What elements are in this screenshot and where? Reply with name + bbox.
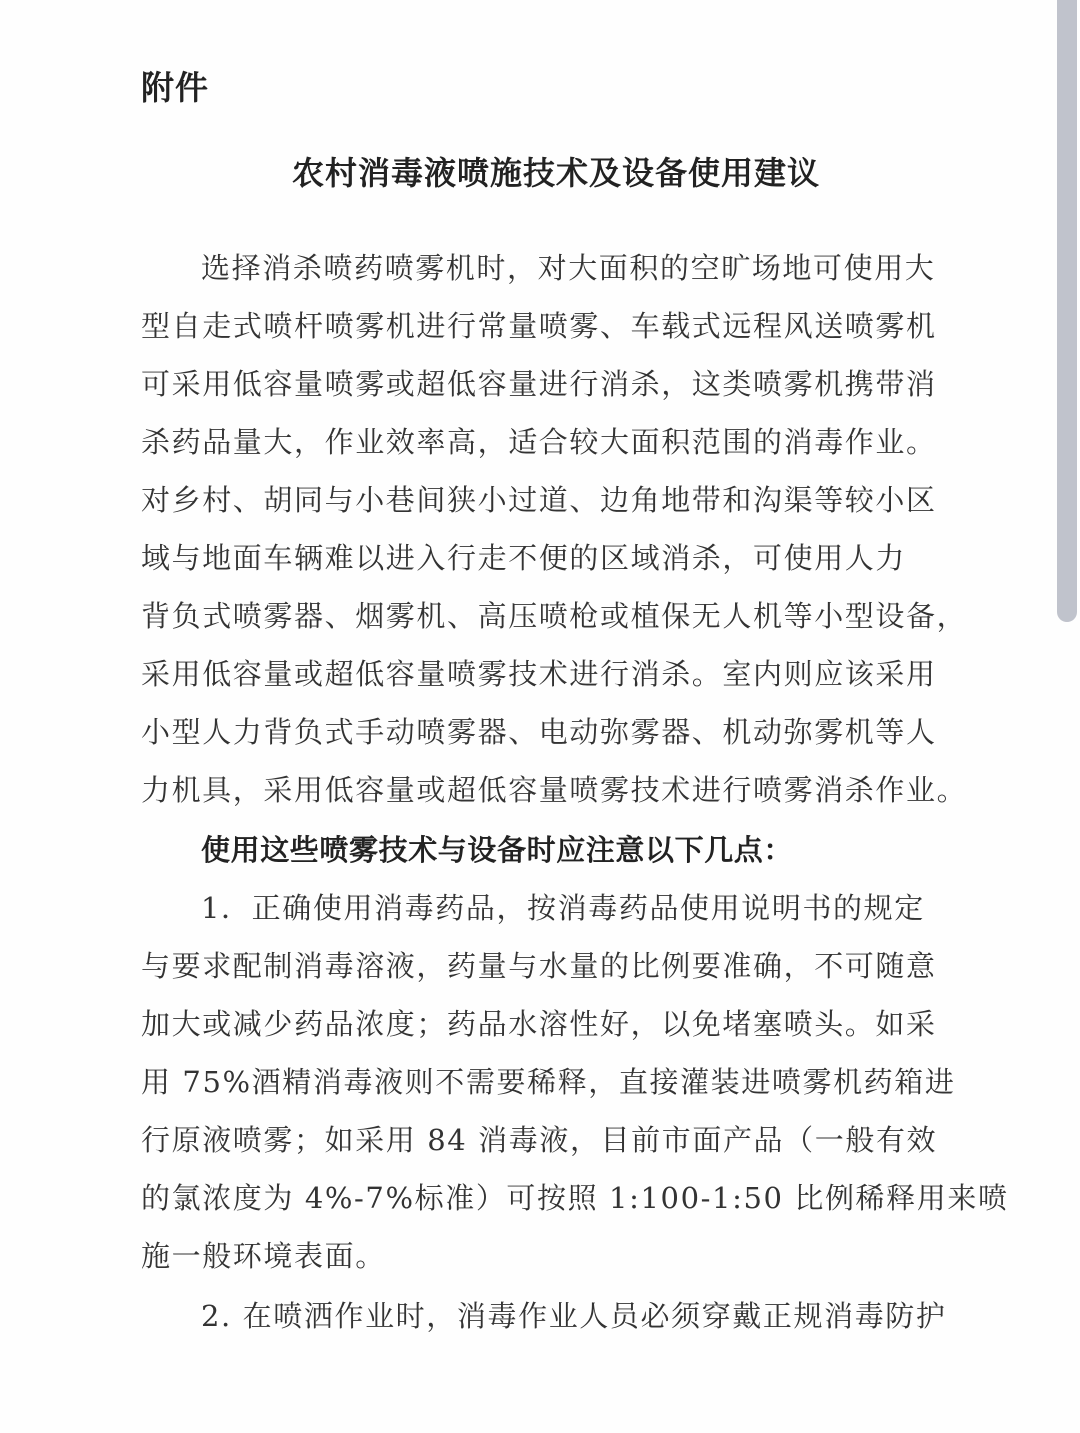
paragraph-line: 1．正确使用消毒药品，按消毒药品使用说明书的规定	[201, 888, 981, 928]
paragraph-line: 2. 在喷洒作业时，消毒作业人员必须穿戴正规消毒防护	[201, 1296, 981, 1336]
paragraph-line: 与要求配制消毒溶液，药量与水量的比例要准确，不可随意	[141, 946, 921, 986]
paragraph-line: 型自走式喷杆喷雾机进行常量喷雾、车载式远程风送喷雾机	[141, 306, 921, 346]
document-page: 附件 农村消毒液喷施技术及设备使用建议 选择消杀喷药喷雾机时，对大面积的空旷场地…	[0, 0, 1080, 1433]
paragraph-line: 背负式喷雾器、烟雾机、高压喷枪或植保无人机等小型设备，	[141, 596, 921, 636]
attachment-label: 附件	[141, 66, 209, 110]
paragraph-line: 对乡村、胡同与小巷间狭小过道、边角地带和沟渠等较小区	[141, 480, 921, 520]
paragraph-line: 采用低容量或超低容量喷雾技术进行消杀。室内则应该采用	[141, 654, 921, 694]
paragraph-line: 可采用低容量喷雾或超低容量进行消杀，这类喷雾机携带消	[141, 364, 921, 404]
paragraph-line: 力机具，采用低容量或超低容量喷雾技术进行喷雾消杀作业。	[141, 770, 921, 810]
paragraph-line: 施一般环境表面。	[141, 1236, 921, 1276]
section-subheading: 使用这些喷雾技术与设备时应注意以下几点：	[201, 830, 981, 870]
paragraph-line: 域与地面车辆难以进入行走不便的区域消杀，可使用人力	[141, 538, 921, 578]
paragraph-line: 选择消杀喷药喷雾机时，对大面积的空旷场地可使用大	[201, 248, 981, 288]
document-title: 农村消毒液喷施技术及设备使用建议	[292, 151, 820, 195]
paragraph-line: 小型人力背负式手动喷雾器、电动弥雾器、机动弥雾机等人	[141, 712, 921, 752]
paragraph-line: 用 75%酒精消毒液则不需要稀释，直接灌装进喷雾机药箱进	[141, 1062, 921, 1102]
paragraph-line: 杀药品量大，作业效率高，适合较大面积范围的消毒作业。	[141, 422, 921, 462]
paragraph-line: 行原液喷雾；如采用 84 消毒液，目前市面产品（一般有效	[141, 1120, 921, 1160]
paragraph-line: 的氯浓度为 4%-7%标准）可按照 1:100-1:50 比例稀释用来喷	[141, 1178, 921, 1218]
scrollbar-thumb[interactable]	[1057, 0, 1077, 622]
paragraph-line: 加大或减少药品浓度；药品水溶性好，以免堵塞喷头。如采	[141, 1004, 921, 1044]
